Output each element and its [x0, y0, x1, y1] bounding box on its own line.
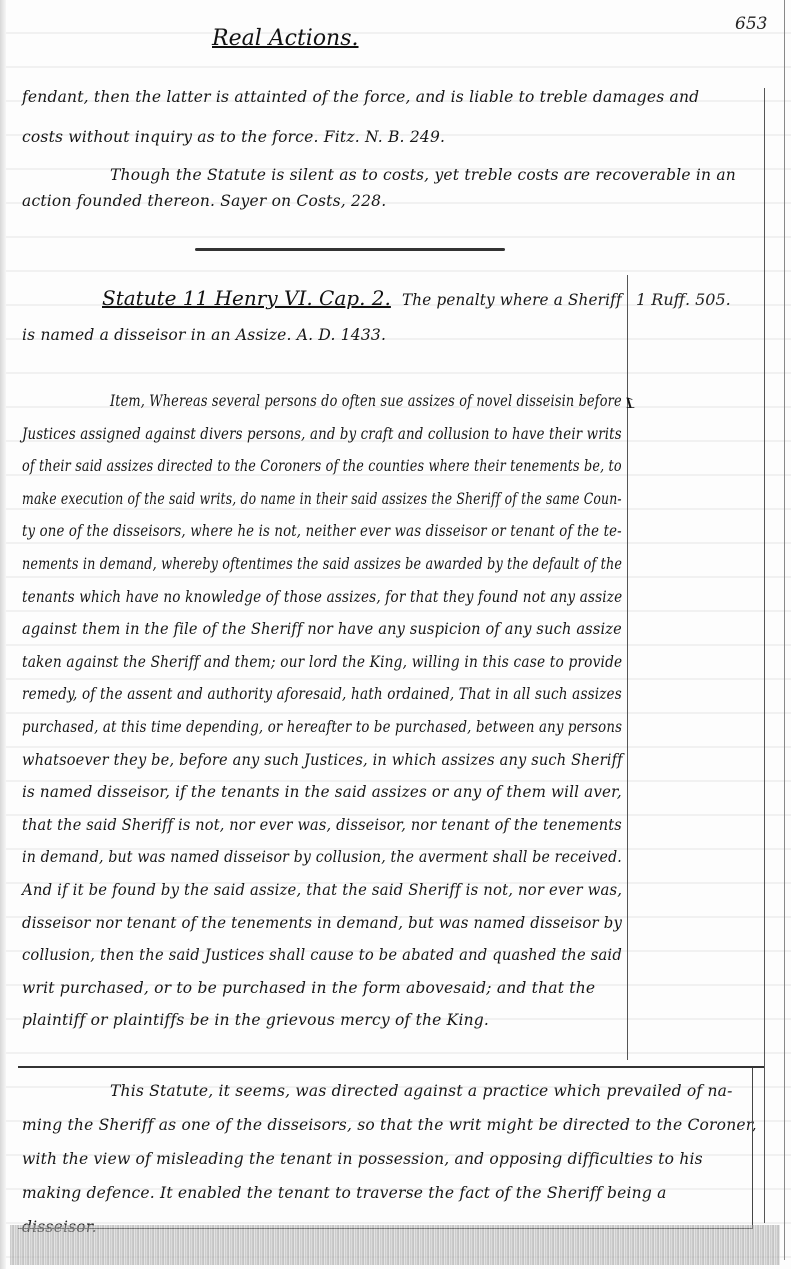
statute-text-line: whatsoever they be, before any such Just… [22, 751, 623, 769]
text-line: Though the Statute is silent as to costs… [110, 166, 736, 184]
commentary-text-line: making defence. It enabled the tenant to… [22, 1184, 667, 1202]
manuscript-page: Real Actions. 653 fendant, then the latt… [0, 0, 791, 1269]
statute-heading-line2: is named a disseisor in an Assize. A. D.… [22, 326, 386, 344]
page-number: 653 [735, 14, 767, 34]
text-line: fendant, then the latter is attainted of… [22, 88, 699, 106]
statute-text-line: disseisor nor tenant of the tenements in… [22, 914, 622, 932]
statute-text-line: remedy, of the assent and authority afor… [22, 685, 622, 703]
text-line: costs without inquiry as to the force. F… [22, 128, 445, 146]
scan-edge-shadow [0, 0, 6, 1269]
statute-text-line: of their said assizes directed to the Co… [22, 457, 622, 475]
statute-text-line: make execution of the said writs, do nam… [22, 490, 622, 508]
outer-margin-rule [764, 88, 765, 1223]
commentary-box-right [752, 1068, 753, 1228]
statute-text-line: plaintiff or plaintiffs be in the grievo… [22, 1011, 489, 1029]
statute-text-line: ty one of the disseisors, where he is no… [22, 522, 622, 540]
statute-text-line: And if it be found by the said assize, t… [22, 881, 622, 899]
text-line: action founded thereon. Sayer on Costs, … [22, 192, 386, 210]
right-edge-rule [784, 0, 785, 1260]
statute-text-line: in demand, but was named disseisor by co… [22, 848, 622, 866]
statute-text-line: collusion, then the said Justices shall … [22, 946, 622, 964]
margin-reference: 1 Ruff. 505. [636, 290, 731, 309]
statute-text-line: Justices assigned against divers persons… [22, 425, 622, 443]
section-divider [195, 248, 505, 251]
commentary-text-line: with the view of misleading the tenant i… [22, 1150, 703, 1168]
statute-heading: Statute 11 Henry VI. Cap. 2. [102, 286, 391, 310]
statute-text-line: taken against the Sheriff and them; our … [22, 653, 622, 671]
margin-mark: 1 [622, 396, 636, 412]
running-title: Real Actions. [212, 26, 359, 51]
statute-text-line: Item, Whereas several persons do often s… [110, 392, 622, 410]
statute-text-line: tenants which have no knowledge of those… [22, 588, 622, 606]
statute-text-line: writ purchased, or to be purchased in th… [22, 979, 595, 997]
statute-text-line: against them in the file of the Sheriff … [22, 620, 622, 638]
commentary-text-line: This Statute, it seems, was directed aga… [110, 1082, 733, 1100]
scan-noise [10, 1225, 780, 1265]
statute-text-line: is named disseisor, if the tenants in th… [22, 783, 622, 801]
reference-column-rule [627, 275, 628, 1060]
statute-heading-continuation: The penalty where a Sheriff [402, 290, 622, 309]
statute-text-line: that the said Sheriff is not, nor ever w… [22, 816, 622, 834]
commentary-separator [18, 1066, 764, 1068]
statute-text-line: nements in demand, whereby oftentimes th… [22, 555, 622, 573]
statute-text-line: purchased, at this time depending, or he… [22, 718, 622, 736]
commentary-text-line: ming the Sheriff as one of the disseisor… [22, 1116, 757, 1134]
